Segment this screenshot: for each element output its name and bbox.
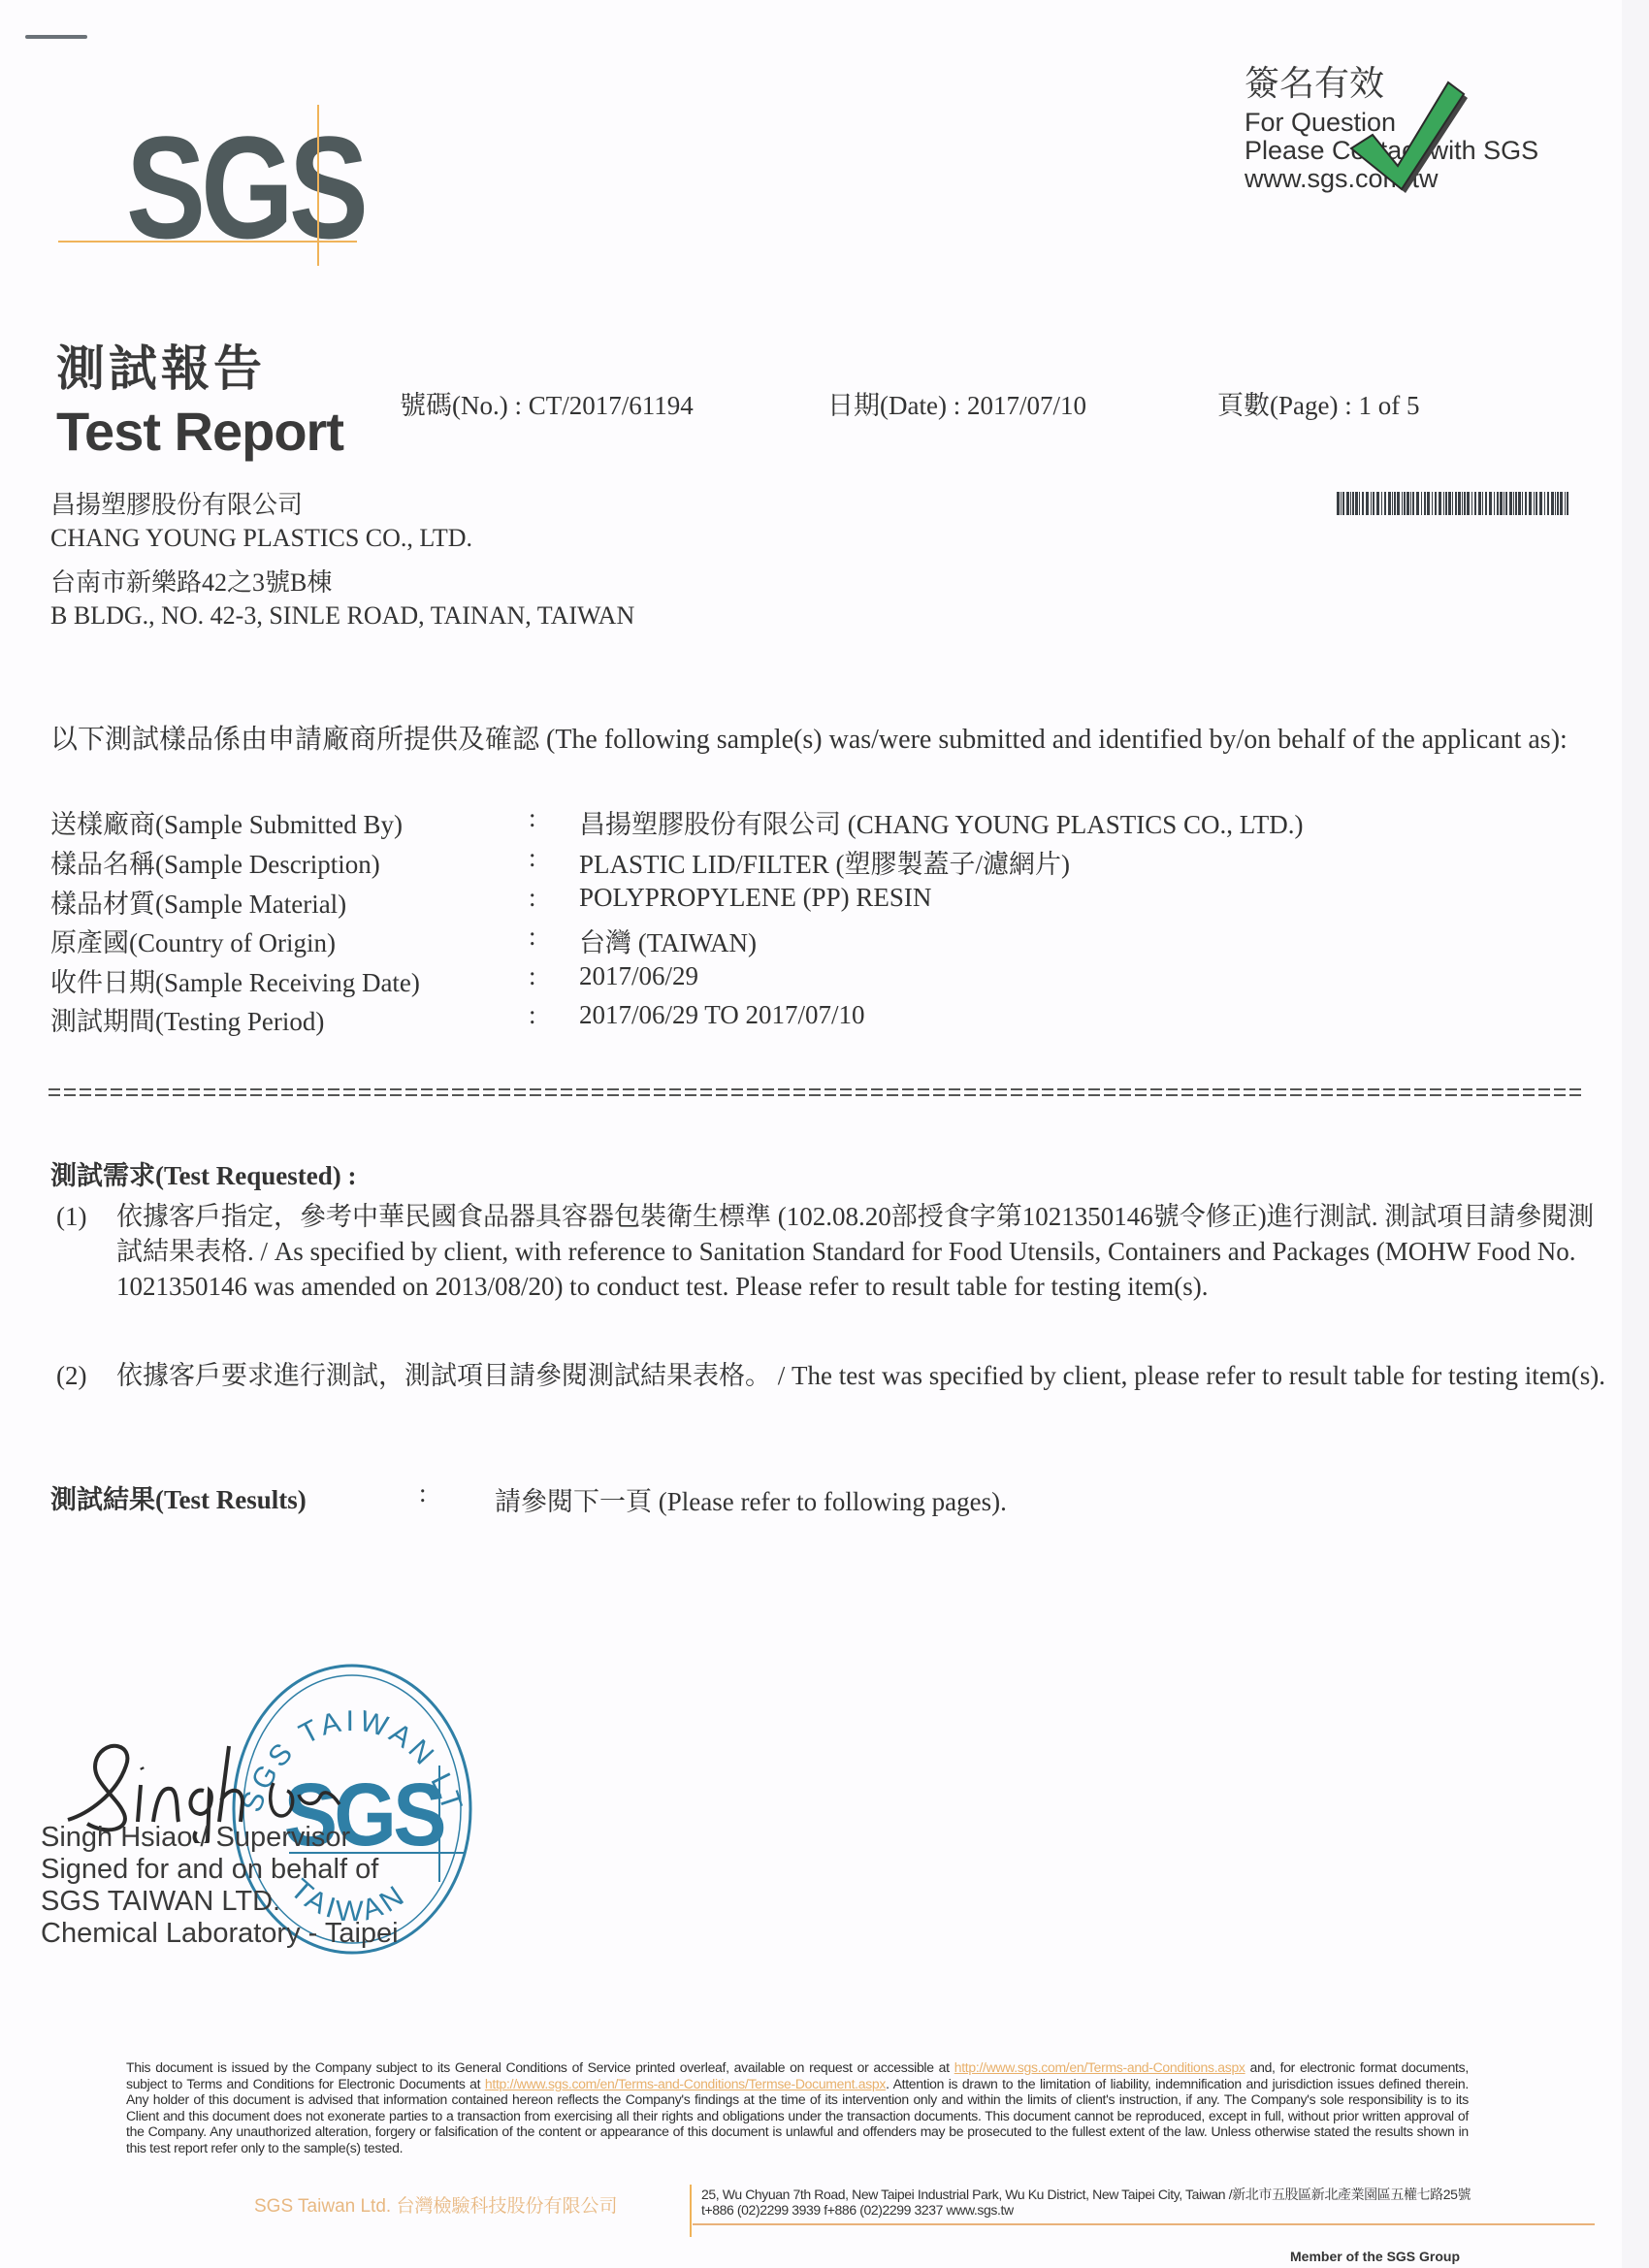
field-colon: :	[529, 883, 536, 913]
barcode	[1337, 492, 1569, 515]
terms-link[interactable]: http://www.sgs.com/en/Terms-and-Conditio…	[954, 2060, 1245, 2076]
page-indicator: 頁數(Page) : 1 of 5	[1217, 384, 1419, 422]
member-of-sgs-group: Member of the SGS Group	[1290, 2249, 1460, 2264]
test-results-heading: 測試結果(Test Results)	[50, 1478, 307, 1516]
footer-address-block: 25, Wu Chyuan 7th Road, New Taipei Indus…	[701, 2187, 1471, 2218]
sample-intro: 以下測試樣品係由申請廠商所提供及確認 (The following sample…	[50, 723, 1602, 757]
test-results-colon: :	[419, 1478, 427, 1517]
field-label: 樣品名稱(Sample Description)	[50, 843, 380, 881]
e-document-terms-link[interactable]: http://www.sgs.com/en/Terms-and-Conditio…	[485, 2077, 886, 2092]
report-date: 日期(Date) : 2017/07/10	[827, 384, 1086, 422]
field-label: 測試期間(Testing Period)	[50, 1000, 324, 1038]
test-requested-item: (1) 依據客戶指定，參考中華民國食品器具容器包裝衛生標準 (102.08.20…	[56, 1199, 1569, 1340]
field-colon: :	[529, 961, 536, 991]
applicant-name-zh: 昌揚塑膠股份有限公司	[50, 485, 303, 521]
field-colon: :	[529, 843, 536, 873]
footer-contact: t+886 (02)2299 3939 f+886 (02)2299 3237 …	[701, 2202, 1471, 2218]
field-label: 送樣廠商(Sample Submitted By)	[50, 803, 403, 841]
field-colon: :	[529, 803, 536, 833]
footer-address: 25, Wu Chyuan 7th Road, New Taipei Indus…	[701, 2187, 1471, 2202]
applicant-name-en: CHANG YOUNG PLASTICS CO., LTD.	[50, 524, 472, 553]
scan-edge	[1622, 0, 1649, 2268]
legal-disclaimer: This document is issued by the Company s…	[126, 2060, 1469, 2157]
signer-name-title: Singh Hsiao / Supervisor	[41, 1822, 399, 1854]
disclaimer-text: This document is issued by the Company s…	[126, 2060, 954, 2076]
staple-mark	[25, 35, 87, 39]
report-title-en: Test Report	[56, 400, 343, 463]
applicant-address-zh: 台南市新樂路42之3號B棟	[50, 563, 332, 599]
sgs-logo: SGS	[126, 114, 364, 260]
checkmark-icon	[1343, 73, 1470, 199]
colon: :	[419, 1478, 427, 1507]
field-colon: :	[529, 1000, 536, 1030]
field-value: POLYPROPYLENE (PP) RESIN	[579, 883, 931, 913]
signer-lab: Chemical Laboratory - Taipei	[41, 1918, 399, 1950]
section-divider	[48, 1088, 1581, 1090]
item-number: (1)	[56, 1199, 86, 1234]
signer-behalf: Signed for and on behalf of	[41, 1854, 399, 1886]
field-label: 樣品材質(Sample Material)	[50, 883, 346, 921]
test-requested-heading: 測試需求(Test Requested) :	[50, 1154, 356, 1192]
footer-divider-horizontal	[693, 2223, 1595, 2225]
section-divider	[48, 1094, 1581, 1096]
field-value: 2017/06/29	[579, 961, 698, 991]
field-colon: :	[529, 922, 536, 952]
item-number: (2)	[56, 1358, 86, 1393]
signer-company: SGS TAIWAN LTD.	[41, 1886, 399, 1918]
field-value: 2017/06/29 TO 2017/07/10	[579, 1000, 865, 1030]
report-number: 號碼(No.) : CT/2017/61194	[400, 384, 694, 422]
signer-block: Singh Hsiao / Supervisor Signed for and …	[41, 1822, 399, 1950]
field-value: PLASTIC LID/FILTER (塑膠製蓋子/濾網片)	[579, 843, 1070, 881]
field-label: 原產國(Country of Origin)	[50, 922, 336, 959]
field-label: 收件日期(Sample Receiving Date)	[50, 961, 420, 999]
test-results-value: 請參閱下一頁 (Please refer to following pages)…	[495, 1480, 1007, 1519]
test-requested-item: (2) 依據客戶要求進行測試，測試項目請參閱測試結果表格。 / The test…	[56, 1358, 1569, 1428]
logo-accent-vertical	[317, 105, 319, 266]
field-value: 昌揚塑膠股份有限公司 (CHANG YOUNG PLASTICS CO., LT…	[579, 803, 1304, 841]
logo-accent-horizontal	[58, 241, 357, 243]
applicant-address-en: B BLDG., NO. 42-3, SINLE ROAD, TAINAN, T…	[50, 601, 634, 631]
footer-company-name: SGS Taiwan Ltd. 台灣檢驗科技股份有限公司	[254, 2191, 617, 2218]
field-value: 台灣 (TAIWAN)	[579, 922, 757, 959]
report-title-zh: 測試報告	[56, 330, 266, 400]
item-text: 依據客戶要求進行測試，測試項目請參閱測試結果表格。 / The test was…	[116, 1358, 1620, 1393]
item-text: 依據客戶指定，參考中華民國食品器具容器包裝衛生標準 (102.08.20部授食字…	[116, 1199, 1620, 1304]
footer-divider-vertical	[690, 2185, 692, 2237]
